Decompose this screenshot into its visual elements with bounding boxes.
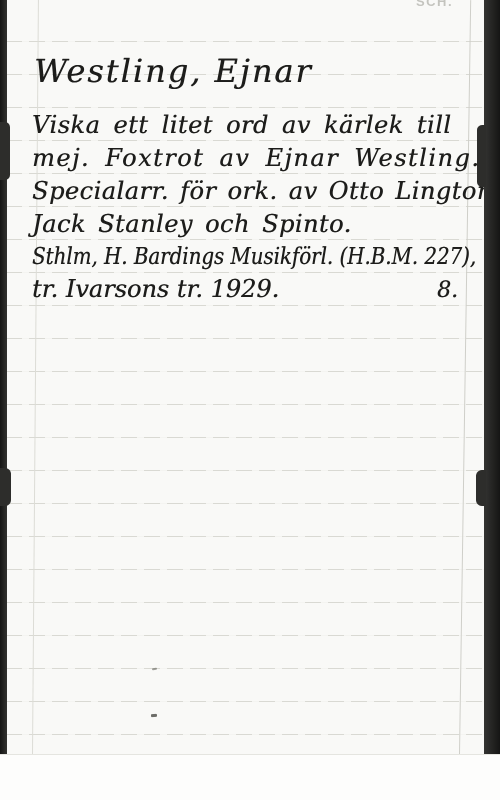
scanned-document: SCH. Westling, Ejnar Viska ett litet ord… <box>0 0 500 800</box>
catalog-card: SCH. Westling, Ejnar Viska ett litet ord… <box>0 0 500 755</box>
handwritten-title-line-2: mej. Foxtrot av Ejnar Westling. <box>32 145 480 171</box>
scan-edge-right <box>484 0 500 754</box>
faint-stamp-text: SCH. <box>416 0 453 9</box>
handwritten-arrangement-line-1: Specialarr. för ork. av Otto Lington, <box>32 178 500 204</box>
page-number: 8. <box>437 279 458 303</box>
handwritten-imprint-line: tr. Ivarsons tr. 1929. 8. <box>32 276 458 303</box>
handwritten-arrangement-line-2: Jack Stanley och Spinto. <box>32 211 352 237</box>
handwritten-title-line-1: Viska ett litet ord av kärlek till <box>32 112 451 138</box>
handwritten-publisher-line: Sthlm, H. Bardings Musikförl. (H.B.M. 22… <box>32 245 476 270</box>
imprint-text: tr. Ivarsons tr. 1929. <box>32 276 279 302</box>
scan-edge-left <box>0 0 7 754</box>
ink-speck <box>151 714 157 717</box>
handwritten-heading-name: Westling, Ejnar <box>34 54 313 89</box>
